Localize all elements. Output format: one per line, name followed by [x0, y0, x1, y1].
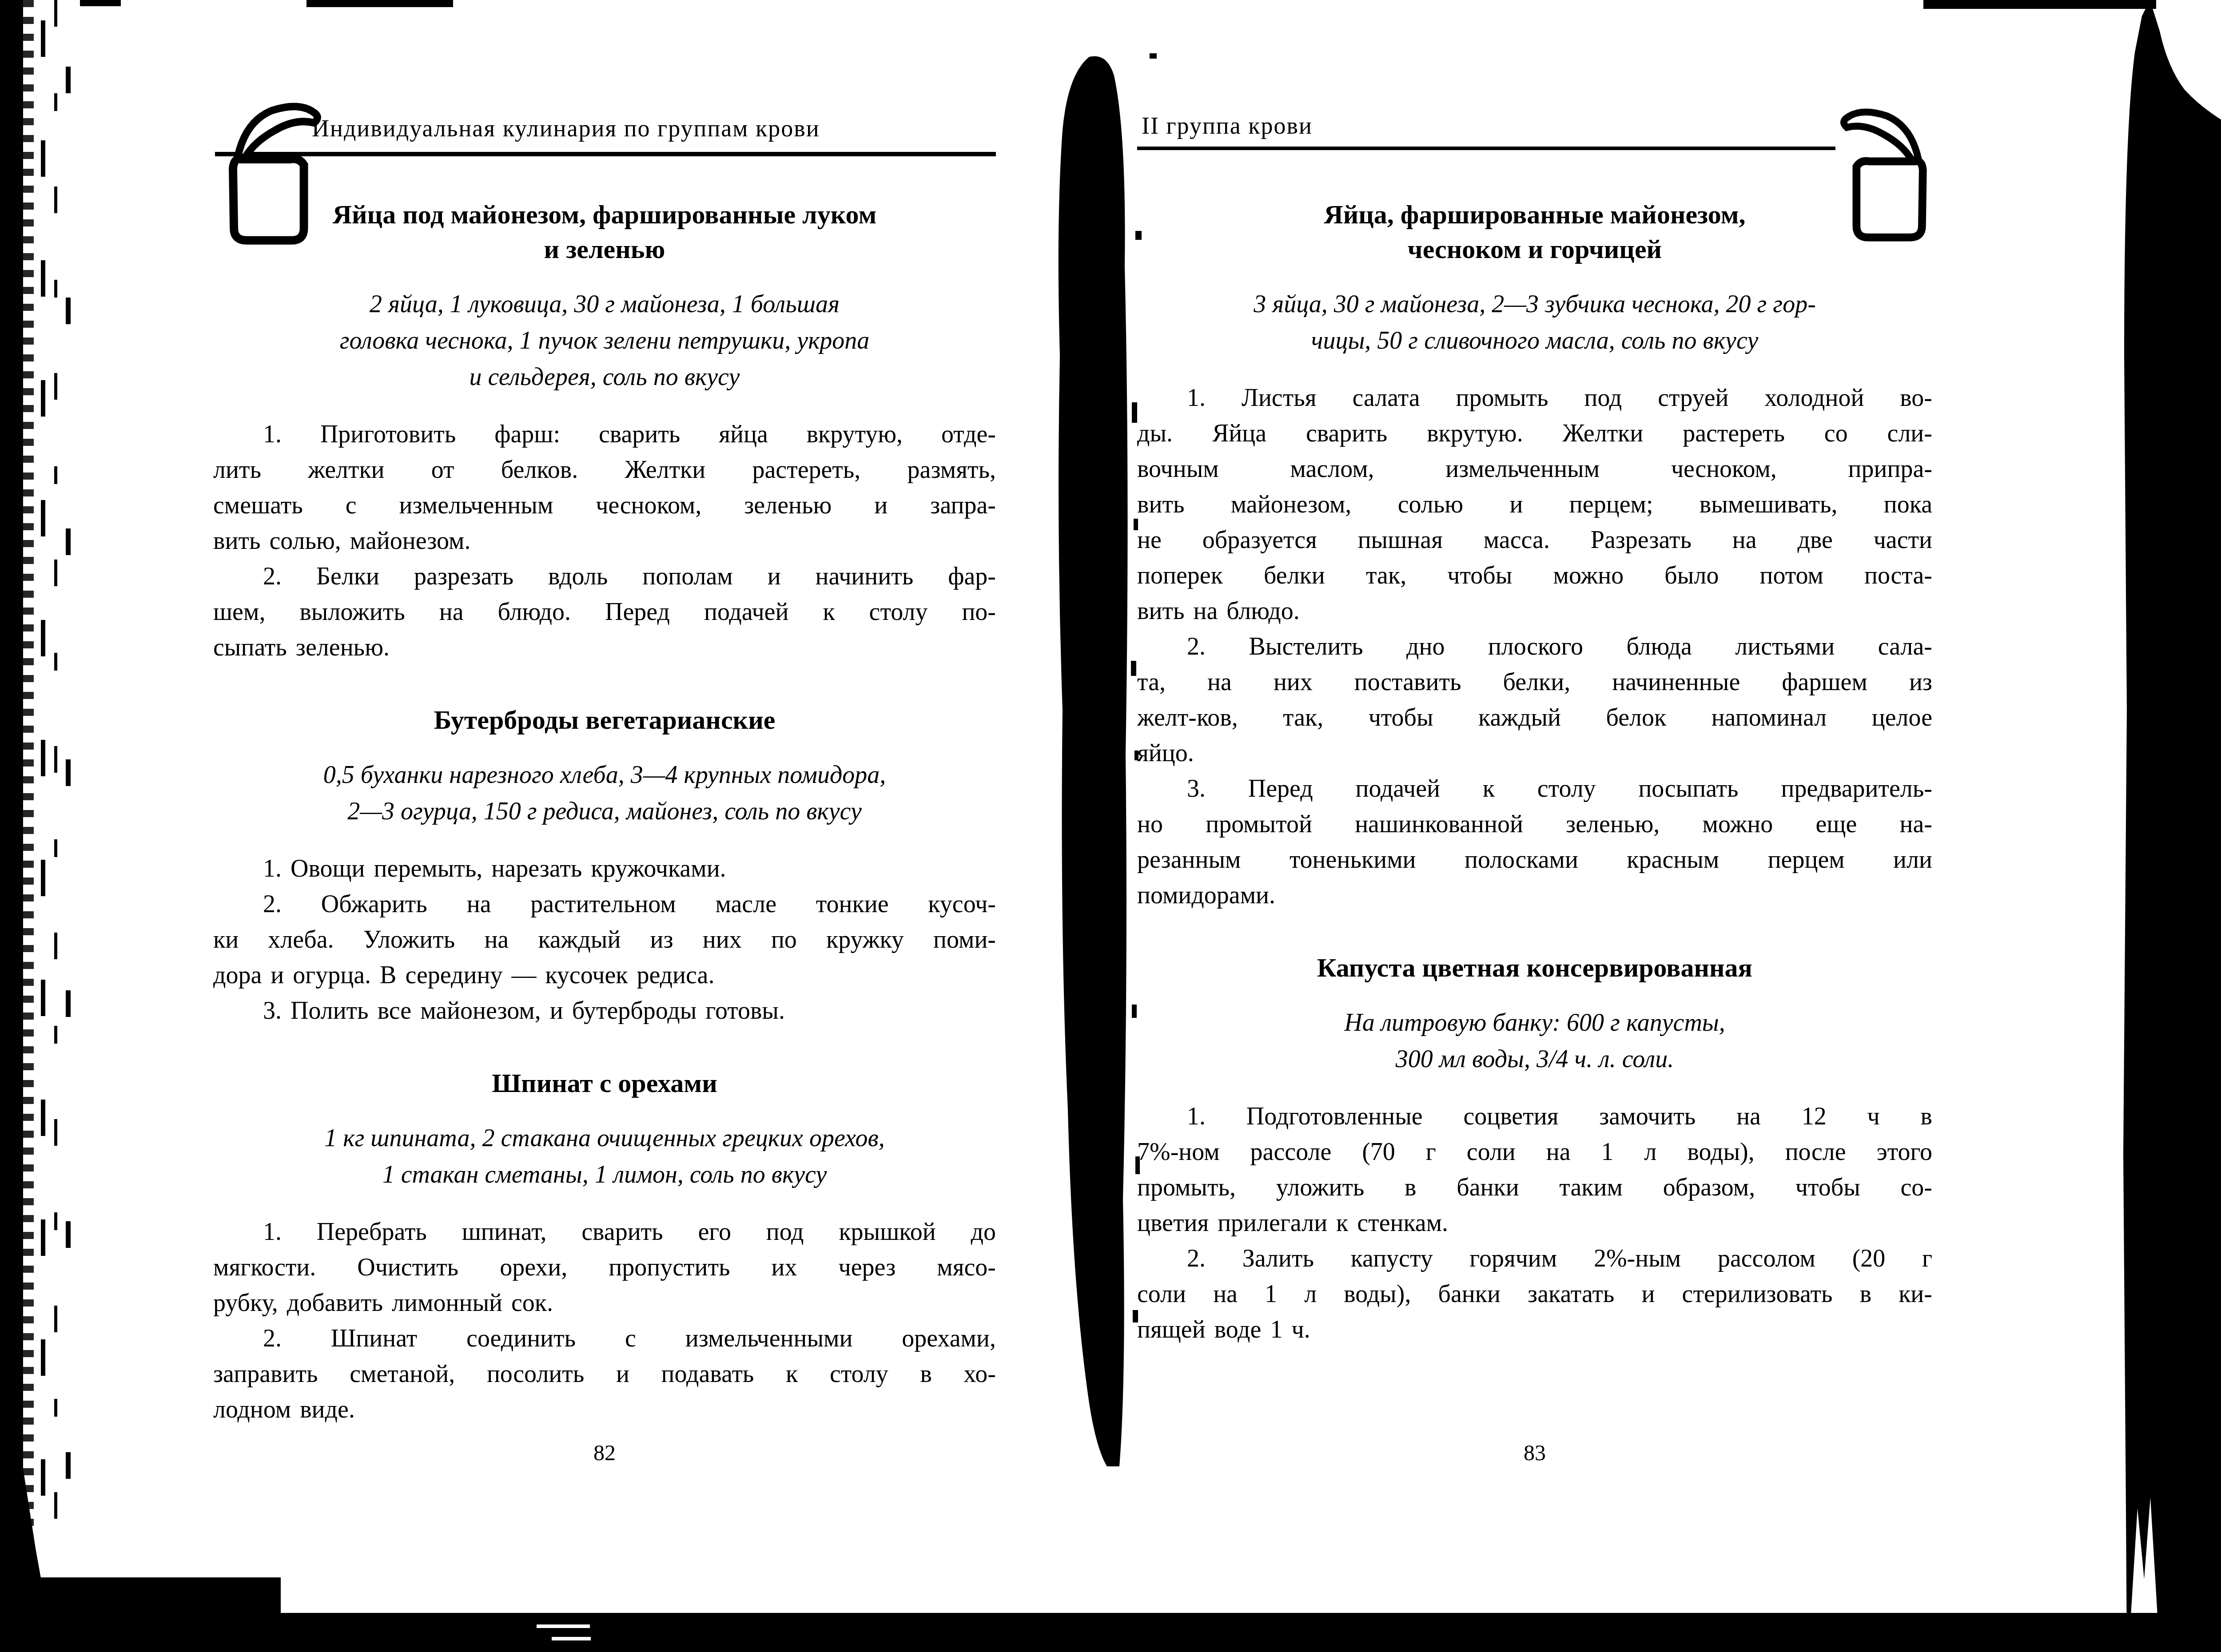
- right-page-header: II группа крови: [1137, 102, 1932, 160]
- recipe-title: Яйца под майонезом, фаршированные лукоми…: [213, 197, 996, 266]
- ink-speckle: [1150, 53, 1157, 59]
- step-line: вить майонезом, солью и перцем; вымешива…: [1137, 487, 1932, 522]
- step-line: сыпать зеленью.: [213, 630, 996, 665]
- step-line: 2. Шпинат соединить с измельченными орех…: [213, 1321, 996, 1356]
- recipe-steps: 1. Листья салата промыть под струей холо…: [1137, 380, 1932, 913]
- right-page: II группа крови Яйца, фаршированные майо…: [1137, 102, 1932, 1347]
- step-line: яйцо.: [1137, 735, 1932, 771]
- step-line: заправить сметаной, посолить и подавать …: [213, 1356, 996, 1392]
- recipe: Бутерброды вегетарианские0,5 буханки нар…: [213, 703, 996, 1029]
- step-line: 7%-ном рассоле (70 г соли на 1 л воды), …: [1137, 1134, 1932, 1170]
- step-line: 1. Приготовить фарш: сварить яйца вкруту…: [213, 417, 996, 452]
- step-line: рубку, добавить лимонный сок.: [213, 1285, 996, 1321]
- recipe-ingredients: 1 кг шпината, 2 стакана очищенных грецки…: [213, 1120, 996, 1193]
- step-line: лить желтки от белков. Желтки растереть,…: [213, 452, 996, 488]
- recipe: Капуста цветная консервированнаяНа литро…: [1137, 950, 1932, 1347]
- step-line: дора и огурца. В середину — кусочек реди…: [213, 957, 996, 993]
- ink-speckle: [1132, 402, 1137, 423]
- ingredients-line: 0,5 буханки нарезного хлеба, 3—4 крупных…: [213, 757, 996, 793]
- recipe-steps: 1. Овощи перемыть, нарезать кружочками.2…: [213, 851, 996, 1029]
- ingredients-line: 1 стакан сметаны, 1 лимон, соль по вкусу: [213, 1156, 996, 1193]
- ingredients-line: 3 яйца, 30 г майонеза, 2—3 зубчика чесно…: [1137, 286, 1932, 322]
- step-line: 3. Перед подачей к столу посыпать предва…: [1137, 771, 1932, 806]
- step-line: не образуется пышная масса. Разрезать на…: [1137, 522, 1932, 558]
- step-line: вочным маслом, измельченным чесноком, пр…: [1137, 451, 1932, 487]
- step-line: пящей воде 1 ч.: [1137, 1312, 1932, 1347]
- step-line: 1. Листья салата промыть под струей холо…: [1137, 380, 1932, 416]
- left-page-content: Яйца под майонезом, фаршированные лукоми…: [213, 197, 996, 1427]
- recipe-title-line: и зеленью: [213, 232, 996, 266]
- recipe: Шпинат с орехами1 кг шпината, 2 стакана …: [213, 1066, 996, 1427]
- step-line: поперек белки так, чтобы можно было пото…: [1137, 558, 1932, 593]
- recipe-ingredients: 0,5 буханки нарезного хлеба, 3—4 крупных…: [213, 757, 996, 830]
- recipe-title: Шпинат с орехами: [213, 1066, 996, 1100]
- recipe-title-line: Яйца под майонезом, фаршированные луком: [213, 197, 996, 232]
- right-page-content: Яйца, фаршированные майонезом,чесноком и…: [1137, 197, 1932, 1347]
- step-line: мягкости. Очистить орехи, пропустить их …: [213, 1250, 996, 1285]
- step-line: промыть, уложить в банки таким образом, …: [1137, 1170, 1932, 1205]
- step-line: 3. Полить все майонезом, и бутерброды го…: [213, 993, 996, 1029]
- step-line: вить солью, майонезом.: [213, 523, 996, 559]
- step-line: 2. Выстелить дно плоского блюда листьями…: [1137, 629, 1932, 664]
- book-gutter-shadow: [1059, 56, 1128, 1466]
- book-scan: Индивидуальная кулинария по группам кров…: [0, 0, 2221, 1652]
- step-line: 1. Овощи перемыть, нарезать кружочками.: [213, 851, 996, 886]
- recipe: Яйца, фаршированные майонезом,чесноком и…: [1137, 197, 1932, 913]
- scan-right-edge-blob: [2123, 0, 2221, 1652]
- recipe-title-line: чесноком и горчицей: [1137, 232, 1932, 266]
- recipe-title-line: Яйца, фаршированные майонезом,: [1137, 197, 1932, 232]
- step-line: цветия прилегали к стенкам.: [1137, 1205, 1932, 1241]
- ingredients-line: 2 яйца, 1 луковица, 30 г майонеза, 1 бол…: [213, 286, 996, 322]
- recipe-title-line: Шпинат с орехами: [213, 1066, 996, 1100]
- step-line: 1. Подготовленные соцветия замочить на 1…: [1137, 1099, 1932, 1134]
- ingredients-line: 1 кг шпината, 2 стакана очищенных грецки…: [213, 1120, 996, 1156]
- step-line: 1. Перебрать шпинат, сварить его под кры…: [213, 1214, 996, 1250]
- step-line: но промытой нашинкованной зеленью, можно…: [1137, 806, 1932, 842]
- scan-band-scratch: [552, 1637, 591, 1640]
- scan-bottom-band: [0, 1613, 2221, 1652]
- ingredients-line: 2—3 огурца, 150 г редиса, майонез, соль …: [213, 793, 996, 830]
- ingredients-line: головка чеснока, 1 пучок зелени петрушки…: [213, 322, 996, 359]
- step-line: желт-ков, так, чтобы каждый белок напоми…: [1137, 700, 1932, 735]
- recipe-steps: 1. Подготовленные соцветия замочить на 1…: [1137, 1099, 1932, 1347]
- left-page-header: Индивидуальная кулинария по группам кров…: [213, 102, 996, 160]
- step-line: шем, выложить на блюдо. Перед подачей к …: [213, 594, 996, 630]
- recipe-title: Бутерброды вегетарианские: [213, 703, 996, 737]
- running-head: Индивидуальная кулинария по группам кров…: [312, 115, 820, 142]
- step-line: ки хлеба. Уложить на каждый из них по кр…: [213, 922, 996, 957]
- recipe: Яйца под майонезом, фаршированные лукоми…: [213, 197, 996, 665]
- recipe-ingredients: 2 яйца, 1 луковица, 30 г майонеза, 1 бол…: [213, 286, 996, 395]
- recipe-title-line: Капуста цветная консервированная: [1137, 950, 1932, 985]
- recipe-title-line: Бутерброды вегетарианские: [213, 703, 996, 737]
- step-line: соли на 1 л воды), банки закатать и стер…: [1137, 1276, 1932, 1312]
- header-rule: [215, 152, 996, 156]
- recipe-title: Капуста цветная консервированная: [1137, 950, 1932, 985]
- step-line: вить на блюдо.: [1137, 593, 1932, 629]
- left-page: Индивидуальная кулинария по группам кров…: [213, 102, 996, 1427]
- step-line: помидорами.: [1137, 878, 1932, 913]
- scan-bottom-band-left: [18, 1577, 281, 1652]
- step-line: 2. Обжарить на растительном масле тонкие…: [213, 886, 996, 922]
- scan-band-scratch: [537, 1624, 590, 1628]
- ink-speckle: [1132, 1005, 1137, 1018]
- page-number: 82: [213, 1440, 996, 1465]
- step-line: смешать с измельченным чесноком, зеленью…: [213, 488, 996, 523]
- running-head: II группа крови: [1142, 112, 1313, 139]
- ink-speckle: [1131, 661, 1136, 676]
- ingredients-line: На литровую банку: 600 г капусты,: [1137, 1005, 1932, 1041]
- page-number: 83: [1137, 1440, 1932, 1465]
- recipe-steps: 1. Перебрать шпинат, сварить его под кры…: [213, 1214, 996, 1427]
- ingredients-line: и сельдерея, соль по вкусу: [213, 359, 996, 395]
- recipe-steps: 1. Приготовить фарш: сварить яйца вкруту…: [213, 417, 996, 665]
- ingredients-line: чицы, 50 г сливочного масла, соль по вку…: [1137, 322, 1932, 359]
- recipe-ingredients: 3 яйца, 30 г майонеза, 2—3 зубчика чесно…: [1137, 286, 1932, 359]
- step-line: ды. Яйца сварить вкрутую. Желтки растере…: [1137, 416, 1932, 451]
- step-line: резанным тоненькими полосками красным пе…: [1137, 842, 1932, 878]
- step-line: лодном виде.: [213, 1392, 996, 1427]
- step-line: 2. Залить капусту горячим 2%-ным рассоло…: [1137, 1241, 1932, 1276]
- recipe-title: Яйца, фаршированные майонезом,чесноком и…: [1137, 197, 1932, 266]
- recipe-ingredients: На литровую банку: 600 г капусты,300 мл …: [1137, 1005, 1932, 1077]
- ingredients-line: 300 мл воды, 3/4 ч. л. соли.: [1137, 1041, 1932, 1077]
- header-rule: [1137, 147, 1835, 150]
- step-line: та, на них поставить белки, начиненные ф…: [1137, 664, 1932, 700]
- step-line: 2. Белки разрезать вдоль пополам и начин…: [213, 559, 996, 594]
